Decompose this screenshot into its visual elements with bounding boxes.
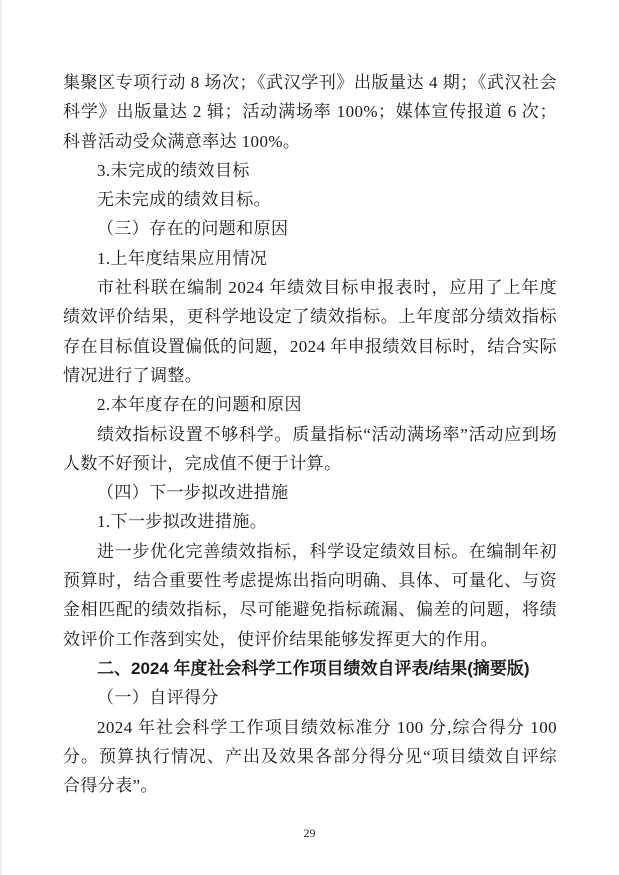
subheading-next-step: 1.下一步拟改进措施。 xyxy=(63,507,557,536)
paragraph-improvement-measures: 进一步优化完善绩效指标，科学设定绩效目标。在编制年初预算时，结合重要性考虑提炼出… xyxy=(63,537,557,654)
paragraph-indicator-issues: 绩效指标设置不够科学。质量指标“活动满场率”活动应到场人数不好预计，完成值不便于… xyxy=(63,420,557,479)
subheading-unfinished-goals: 3.未完成的绩效目标 xyxy=(63,156,557,185)
heading-problems-and-causes: （三）存在的问题和原因 xyxy=(63,214,557,243)
paragraph-achievements-continuation: 集聚区专项行动 8 场次；《武汉学刊》出版量达 4 期；《武汉社会科学》出版量达… xyxy=(63,68,557,156)
subheading-last-year-results: 1.上年度结果应用情况 xyxy=(63,244,557,273)
paragraph-last-year-application: 市社科联在编制 2024 年绩效目标申报表时，应用了上年度绩效评价结果，更科学地… xyxy=(63,273,557,390)
page-number: 29 xyxy=(0,826,619,841)
paragraph-score-summary: 2024 年社会科学工作项目绩效标准分 100 分,综合得分 100 分。预算执… xyxy=(63,713,557,801)
heading-self-evaluation-score: （一）自评得分 xyxy=(63,683,557,712)
document-body: 集聚区专项行动 8 场次；《武汉学刊》出版量达 4 期；《武汉社会科学》出版量达… xyxy=(63,68,557,800)
heading-self-evaluation-table: 二、2024 年度社会科学工作项目绩效自评表/结果(摘要版) xyxy=(63,654,557,683)
scan-edge-artifact xyxy=(0,0,3,875)
document-page: 集聚区专项行动 8 场次；《武汉学刊》出版量达 4 期；《武汉社会科学》出版量达… xyxy=(0,0,619,875)
subheading-current-year-problems: 2.本年度存在的问题和原因 xyxy=(63,390,557,419)
heading-next-step-measures: （四）下一步拟改进措施 xyxy=(63,478,557,507)
paragraph-no-unfinished-goals: 无未完成的绩效目标。 xyxy=(63,185,557,214)
